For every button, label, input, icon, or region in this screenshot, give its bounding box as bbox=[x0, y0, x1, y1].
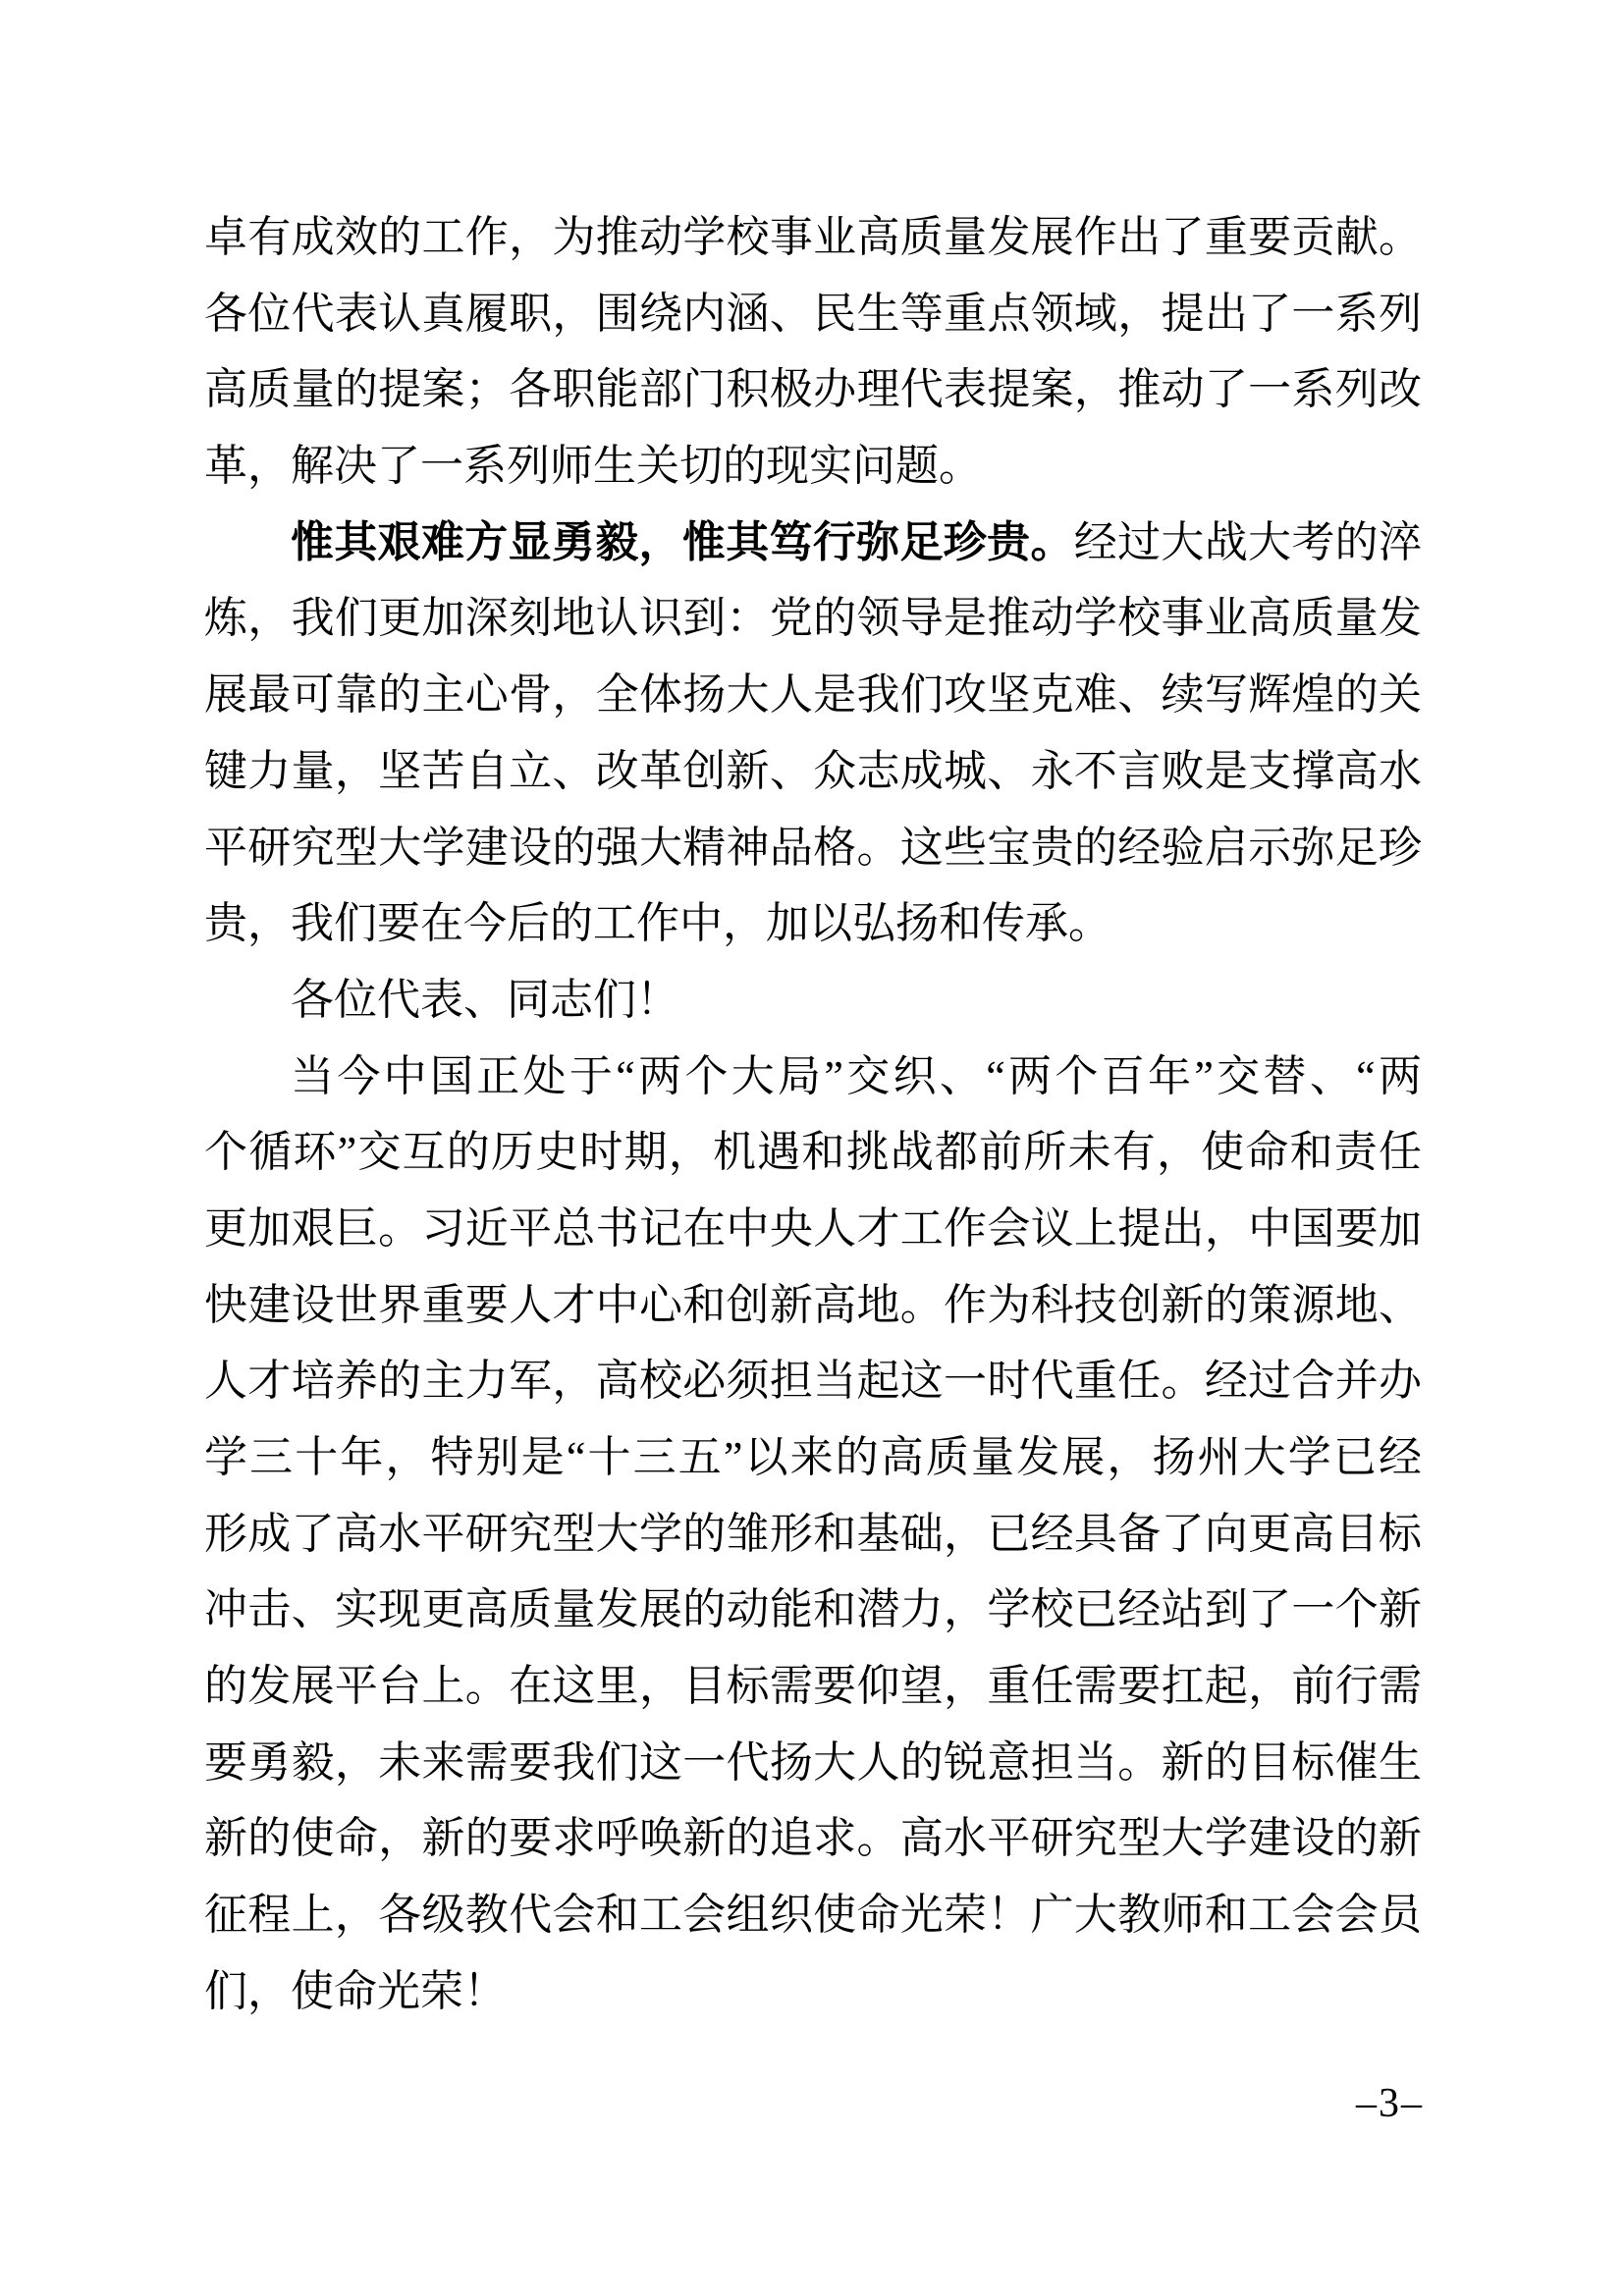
text-run: 征程上，各级教代会和工会组织使命光荣！广大教师和工会会员 bbox=[204, 1891, 1422, 1939]
text-run: 高质量的提案；各职能部门积极办理代表提案，推动了一系列改 bbox=[204, 365, 1422, 413]
emphasis-text-run: 惟其艰难方显勇毅，惟其笃行弥足珍贵。 bbox=[291, 518, 1074, 566]
text-line: 卓有成效的工作，为推动学校事业高质量发展作出了重要贡献。 bbox=[204, 199, 1422, 276]
text-run: 贵，我们要在今后的工作中，加以弘扬和传承。 bbox=[204, 899, 1111, 947]
text-line: 高质量的提案；各职能部门积极办理代表提案，推动了一系列改 bbox=[204, 351, 1422, 428]
text-line: 冲击、实现更高质量发展的动能和潜力，学校已经站到了一个新 bbox=[204, 1572, 1422, 1648]
text-run: 学三十年，特别是“十三五”以来的高质量发展，扬州大学已经 bbox=[204, 1433, 1422, 1481]
text-line: 人才培养的主力军，高校必须担当起这一时代重任。经过合并办 bbox=[204, 1343, 1422, 1419]
text-run: 炼，我们更加深刻地认识到：党的领导是推动学校事业高质量发 bbox=[204, 594, 1422, 642]
text-run: 冲击、实现更高质量发展的动能和潜力，学校已经站到了一个新 bbox=[204, 1585, 1422, 1633]
text-run: 个循环”交互的历史时期，机遇和挑战都前所未有，使命和责任 bbox=[204, 1128, 1422, 1176]
page-number: –3– bbox=[1356, 2083, 1424, 2124]
text-run: 新的使命，新的要求呼唤新的追求。高水平研究型大学建设的新 bbox=[204, 1814, 1422, 1862]
text-line: 要勇毅，未来需要我们这一代扬大人的锐意担当。新的目标催生 bbox=[204, 1725, 1422, 1801]
text-line: 展最可靠的主心骨，全体扬大人是我们攻坚克难、续写辉煌的关 bbox=[204, 657, 1422, 733]
text-run: 人才培养的主力军，高校必须担当起这一时代重任。经过合并办 bbox=[204, 1357, 1422, 1405]
text-run: 卓有成效的工作，为推动学校事业高质量发展作出了重要贡献。 bbox=[204, 213, 1422, 261]
text-run: 经过大战大考的淬 bbox=[1074, 518, 1422, 566]
text-line: 的发展平台上。在这里，目标需要仰望，重任需要扛起，前行需 bbox=[204, 1648, 1422, 1725]
text-line: 键力量，坚苦自立、改革创新、众志成城、永不言败是支撑高水 bbox=[204, 733, 1422, 810]
text-line: 平研究型大学建设的强大精神品格。这些宝贵的经验启示弥足珍 bbox=[204, 810, 1422, 886]
text-line: 各位代表认真履职，围绕内涵、民生等重点领域，提出了一系列 bbox=[204, 276, 1422, 352]
paragraph: 各位代表、同志们！ bbox=[204, 962, 1422, 1039]
text-run: 快建设世界重要人才中心和创新高地。作为科技创新的策源地、 bbox=[204, 1281, 1422, 1329]
text-run: 展最可靠的主心骨，全体扬大人是我们攻坚克难、续写辉煌的关 bbox=[204, 670, 1422, 719]
text-line: 学三十年，特别是“十三五”以来的高质量发展，扬州大学已经 bbox=[204, 1419, 1422, 1496]
text-run: 各位代表认真履职，围绕内涵、民生等重点领域，提出了一系列 bbox=[204, 290, 1422, 338]
text-run: 要勇毅，未来需要我们这一代扬大人的锐意担当。新的目标催生 bbox=[204, 1738, 1422, 1787]
text-run: 的发展平台上。在这里，目标需要仰望，重任需要扛起，前行需 bbox=[204, 1662, 1422, 1710]
paragraph: 惟其艰难方显勇毅，惟其笃行弥足珍贵。经过大战大考的淬炼，我们更加深刻地认识到：党… bbox=[204, 505, 1422, 962]
paragraph: 卓有成效的工作，为推动学校事业高质量发展作出了重要贡献。各位代表认真履职，围绕内… bbox=[204, 199, 1422, 505]
text-line: 炼，我们更加深刻地认识到：党的领导是推动学校事业高质量发 bbox=[204, 580, 1422, 657]
text-run: 平研究型大学建设的强大精神品格。这些宝贵的经验启示弥足珍 bbox=[204, 824, 1422, 872]
text-run: 更加艰巨。习近平总书记在中央人才工作会议上提出，中国要加 bbox=[204, 1204, 1422, 1253]
text-line: 当今中国正处于“两个大局”交织、“两个百年”交替、“两 bbox=[204, 1039, 1422, 1115]
text-line: 们，使命光荣！ bbox=[204, 1953, 1422, 2030]
text-line: 惟其艰难方显勇毅，惟其笃行弥足珍贵。经过大战大考的淬 bbox=[204, 505, 1422, 581]
text-line: 个循环”交互的历史时期，机遇和挑战都前所未有，使命和责任 bbox=[204, 1114, 1422, 1191]
document-body: 卓有成效的工作，为推动学校事业高质量发展作出了重要贡献。各位代表认真履职，围绕内… bbox=[204, 199, 1422, 2030]
text-line: 贵，我们要在今后的工作中，加以弘扬和传承。 bbox=[204, 885, 1422, 962]
text-run: 各位代表、同志们！ bbox=[291, 976, 679, 1024]
text-line: 各位代表、同志们！ bbox=[204, 962, 1422, 1039]
text-line: 征程上，各级教代会和工会组织使命光荣！广大教师和工会会员 bbox=[204, 1877, 1422, 1953]
text-run: 键力量，坚苦自立、改革创新、众志成城、永不言败是支撑高水 bbox=[204, 747, 1422, 795]
text-line: 革，解决了一系列师生关切的现实问题。 bbox=[204, 428, 1422, 505]
text-line: 新的使命，新的要求呼唤新的追求。高水平研究型大学建设的新 bbox=[204, 1800, 1422, 1877]
text-run: 们，使命光荣！ bbox=[204, 1967, 507, 2015]
text-line: 形成了高水平研究型大学的雏形和基础，已经具备了向更高目标 bbox=[204, 1496, 1422, 1573]
text-line: 更加艰巨。习近平总书记在中央人才工作会议上提出，中国要加 bbox=[204, 1191, 1422, 1267]
text-run: 革，解决了一系列师生关切的现实问题。 bbox=[204, 442, 982, 490]
text-line: 快建设世界重要人才中心和创新高地。作为科技创新的策源地、 bbox=[204, 1267, 1422, 1344]
text-run: 形成了高水平研究型大学的雏形和基础，已经具备了向更高目标 bbox=[204, 1510, 1422, 1558]
text-run: 当今中国正处于“两个大局”交织、“两个百年”交替、“两 bbox=[291, 1052, 1422, 1100]
document-page: 卓有成效的工作，为推动学校事业高质量发展作出了重要贡献。各位代表认真履职，围绕内… bbox=[0, 0, 1624, 2296]
paragraph: 当今中国正处于“两个大局”交织、“两个百年”交替、“两个循环”交互的历史时期，机… bbox=[204, 1039, 1422, 2030]
